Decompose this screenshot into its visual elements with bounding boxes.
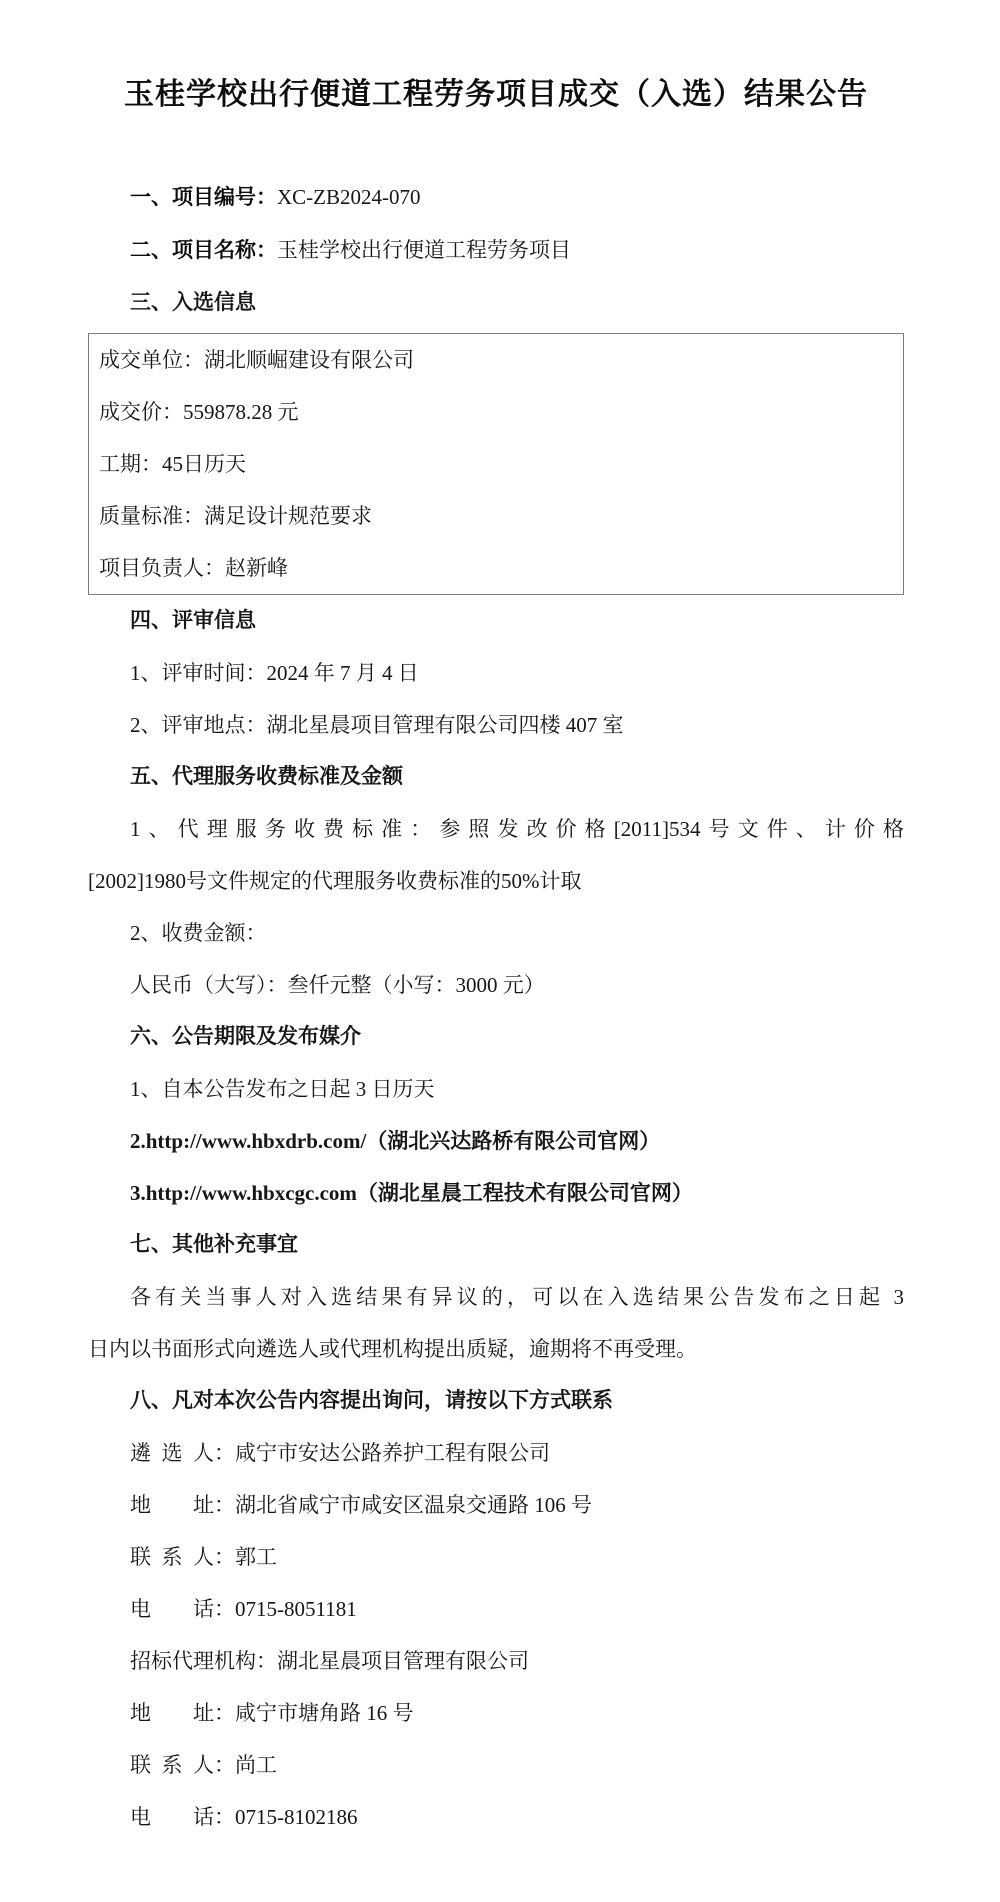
announcement-media-2-line: 2.http://www.hbxdrb.com/（湖北兴达路桥有限公司官网） — [88, 1115, 904, 1167]
supplement-line-1: 各有关当事人对入选结果有异议的，可以在入选结果公告发布之日起 3 — [88, 1271, 904, 1323]
fee-amount-label-line: 2、收费金额： — [88, 907, 904, 959]
fee-standard-line-1: 1、代理服务收费标准：参照发改价格[2011]534号文件、计价格 — [88, 803, 904, 855]
agency-name-line: 招标代理机构：湖北星晨项目管理有限公司 — [88, 1635, 904, 1687]
page-title: 玉桂学校出行便道工程劳务项目成交（入选）结果公告 — [88, 69, 904, 121]
project-number-label: 一、项目编号： — [130, 186, 277, 209]
selection-info-heading: 三、入选信息 — [88, 277, 904, 329]
review-time-line: 1、评审时间：2024 年 7 月 4 日 — [88, 647, 904, 699]
quality-standard-row: 质量标准：满足设计规范要求 — [99, 490, 893, 542]
document-page: 玉桂学校出行便道工程劳务项目成交（入选）结果公告 一、项目编号：XC-ZB202… — [0, 0, 1000, 1902]
deal-price-row: 成交价：559878.28 元 — [99, 386, 893, 438]
agency-phone-line: 电 话：0715-8102186 — [88, 1791, 904, 1843]
project-name-line: 二、项目名称：玉桂学校出行便道工程劳务项目 — [88, 224, 904, 277]
project-number-value: XC-ZB2024-070 — [277, 185, 421, 209]
project-manager-row: 项目负责人：赵新峰 — [99, 542, 893, 594]
selector-address-line: 地 址：湖北省咸宁市咸安区温泉交通路 106 号 — [88, 1479, 904, 1531]
contact-heading: 八、凡对本次公告内容提出询问，请按以下方式联系 — [88, 1375, 904, 1427]
announcement-period-line: 1、自本公告发布之日起 3 日历天 — [88, 1063, 904, 1115]
duration-row: 工期：45日历天 — [99, 438, 893, 490]
agency-person-line: 联 系 人：尚工 — [88, 1739, 904, 1791]
review-place-line: 2、评审地点：湖北星晨项目管理有限公司四楼 407 室 — [88, 699, 904, 751]
announcement-heading: 六、公告期限及发布媒介 — [88, 1011, 904, 1063]
project-number-line: 一、项目编号：XC-ZB2024-070 — [88, 171, 904, 224]
agency-address-line: 地 址：咸宁市塘角路 16 号 — [88, 1687, 904, 1739]
fee-amount-value-line: 人民币（大写）：叁仟元整（小写：3000 元） — [88, 959, 904, 1011]
selector-phone-line: 电 话：0715-8051181 — [88, 1583, 904, 1635]
supplement-heading: 七、其他补充事宜 — [88, 1219, 904, 1271]
announcement-media-3-line: 3.http://www.hbxcgc.com（湖北星晨工程技术有限公司官网） — [88, 1167, 904, 1219]
review-info-heading: 四、评审信息 — [88, 595, 904, 647]
selector-person-line: 联 系 人：郭工 — [88, 1531, 904, 1583]
project-name-value: 玉桂学校出行便道工程劳务项目 — [277, 238, 571, 262]
deal-unit-row: 成交单位：湖北顺崛建设有限公司 — [99, 334, 893, 386]
agency-fee-heading: 五、代理服务收费标准及金额 — [88, 751, 904, 803]
selector-name-line: 遴 选 人：咸宁市安达公路养护工程有限公司 — [88, 1427, 904, 1479]
selection-info-box: 成交单位：湖北顺崛建设有限公司 成交价：559878.28 元 工期：45日历天… — [88, 333, 904, 595]
supplement-line-2: 日内以书面形式向遴选人或代理机构提出质疑，逾期将不再受理。 — [88, 1323, 904, 1375]
project-name-label: 二、项目名称： — [130, 239, 277, 262]
fee-standard-line-2: [2002]1980号文件规定的代理服务收费标准的50%计取 — [88, 855, 904, 907]
document-content: 玉桂学校出行便道工程劳务项目成交（入选）结果公告 一、项目编号：XC-ZB202… — [0, 0, 1000, 1843]
